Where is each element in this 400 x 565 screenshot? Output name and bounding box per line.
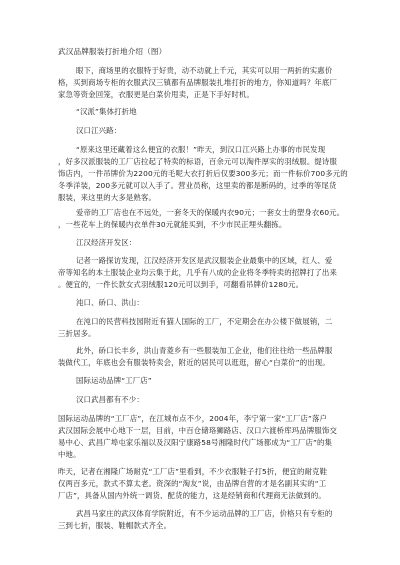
paragraph-line: 服装，来这里的大多是熟客。 (58, 193, 156, 203)
paragraph-line: 三折居多。 (58, 329, 96, 339)
paragraph-line: ，好多汉派服装的工厂店拉起了特卖的标语，百余元可以淘件厚实的羽绒服。缇诗服 (58, 157, 337, 167)
paragraph-line: “汉派”集体打折地 (76, 107, 137, 117)
document-page: 武汉品牌服装打折地介绍（图） 眼下，商场里的衣服特于好贵，动不动就上千元，其实可… (0, 0, 400, 565)
paragraph-line: 此外，硚口长丰乡，洪山青菱乡有一些服装加工企业，他们往往给一些品牌服 (76, 346, 332, 356)
paragraph-line: 易中心、武昌广埠屯家乐福以及汉阳宁康路58号湘隆时代广场都成为“工厂店”的集 (58, 438, 332, 448)
document-title: 武汉品牌服装打折地介绍（图） (58, 47, 166, 57)
paragraph-line: 武昌马家庄的武汉体育学院附近，有不少运动品牌的工厂店，价格只有专柜的 (76, 509, 332, 519)
paragraph-line: 眼下，商场里的衣服特于好贵，动不动就上千元，其实可以用一两折的实惠价 (76, 66, 332, 76)
paragraph-line: 记者一路探访发现，江汉经济开发区是武汉服装企业最集中的区域，红人、爱 (76, 256, 332, 266)
paragraph-line: 江汉经济开发区： (76, 238, 136, 248)
paragraph-line: “原来这里还藏着这么便宜的衣服！”昨天，到汉口江兴路上办事的市民发现 (76, 145, 325, 155)
paragraph-line: 仅两百多元，款式不算太老。资深的“淘友”说，由品牌自营的才是名副其实的“工 (58, 479, 326, 489)
paragraph-line: 厂店”，具备从国内外统一调货、配货的能力，这是经销商和代理商无法做到的。 (58, 491, 326, 501)
paragraph-line: 昨天，记者在湘隆广场耐克“工厂店”里看到，不少衣服鞋子打5折，便宜的耐克鞋 (58, 467, 327, 477)
paragraph-line: 中地。 (58, 450, 81, 460)
paragraph-line: ，一些花车上的保暖内衣单件30元就能买到，不少市民正埋头翻拣。 (58, 220, 286, 230)
paragraph-line: 武汉国际会展中心地下一层，目前，中百仓储珞狮路店、汉口六渡桥库玛品牌服饰交 (58, 426, 337, 436)
paragraph-line: 汉口江兴路： (76, 126, 121, 136)
paragraph-line: 帝等知名的本土服装企业均云集于此，几乎有八成的企业将冬季特卖的招牌打了出来 (58, 268, 337, 278)
paragraph-line: 国际运动品牌的“工厂店”，在江城布点不少，2004年，李宁第一家“工厂店”落户 (58, 414, 327, 424)
paragraph-line: 饰店内，一件吊牌价为2200元的毛呢大衣打折后仅要300多元；而一件标价700多… (58, 169, 348, 179)
paragraph-line: 三到七折，服装、鞋帽款式齐全。 (58, 521, 171, 531)
paragraph-line: 在沌口的民营科技园附近有猫人国际的工厂，不定期会在办公楼下做展销，二 (76, 317, 332, 327)
paragraph-line: 冬季洋装，200多元就可以入手了。营业员称，这里卖的都是断码的，过季的等尾货 (58, 181, 336, 191)
paragraph-line: 国际运动品牌“工厂店” (76, 376, 152, 386)
paragraph-line: 装做代工，年底也会有服装特卖会，附近的居民可以逛逛，留心“白菜价”的出现。 (58, 358, 330, 368)
paragraph-line: 格，买到商场专柜的衣服武汉三镇都有品牌服装扎堆打折的地方，你知道吗？年底厂 (58, 78, 337, 88)
paragraph-line: 汉口武昌都有不少： (76, 395, 144, 405)
paragraph-line: 爱帝的工厂店也在不远处，一套冬天的保暖内衣90元；一套女士的塑身衣60元。 (76, 208, 344, 218)
paragraph-line: 。便宜的，一件长款女式羽绒服120元可以到手，可翻看吊牌价1280元。 (58, 280, 303, 290)
paragraph-line: 沌口、硚口、洪山： (76, 298, 144, 308)
paragraph-line: 家急等资金回笼，衣服更是白菜价甩卖，正是下手好时机。 (58, 90, 254, 100)
